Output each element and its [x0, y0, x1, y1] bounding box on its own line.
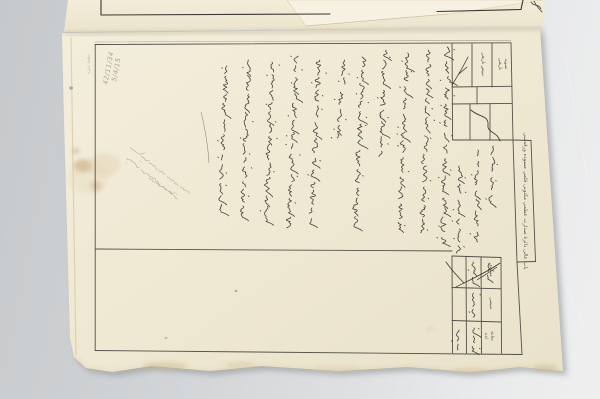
main-page-paper — [62, 28, 563, 372]
upper-page — [64, 0, 545, 32]
photo-of-archival-document: باب عالی دائرهٔ صدارت عظمی مکتوبی قلمی م… — [0, 0, 600, 399]
document-artwork — [0, 0, 600, 399]
